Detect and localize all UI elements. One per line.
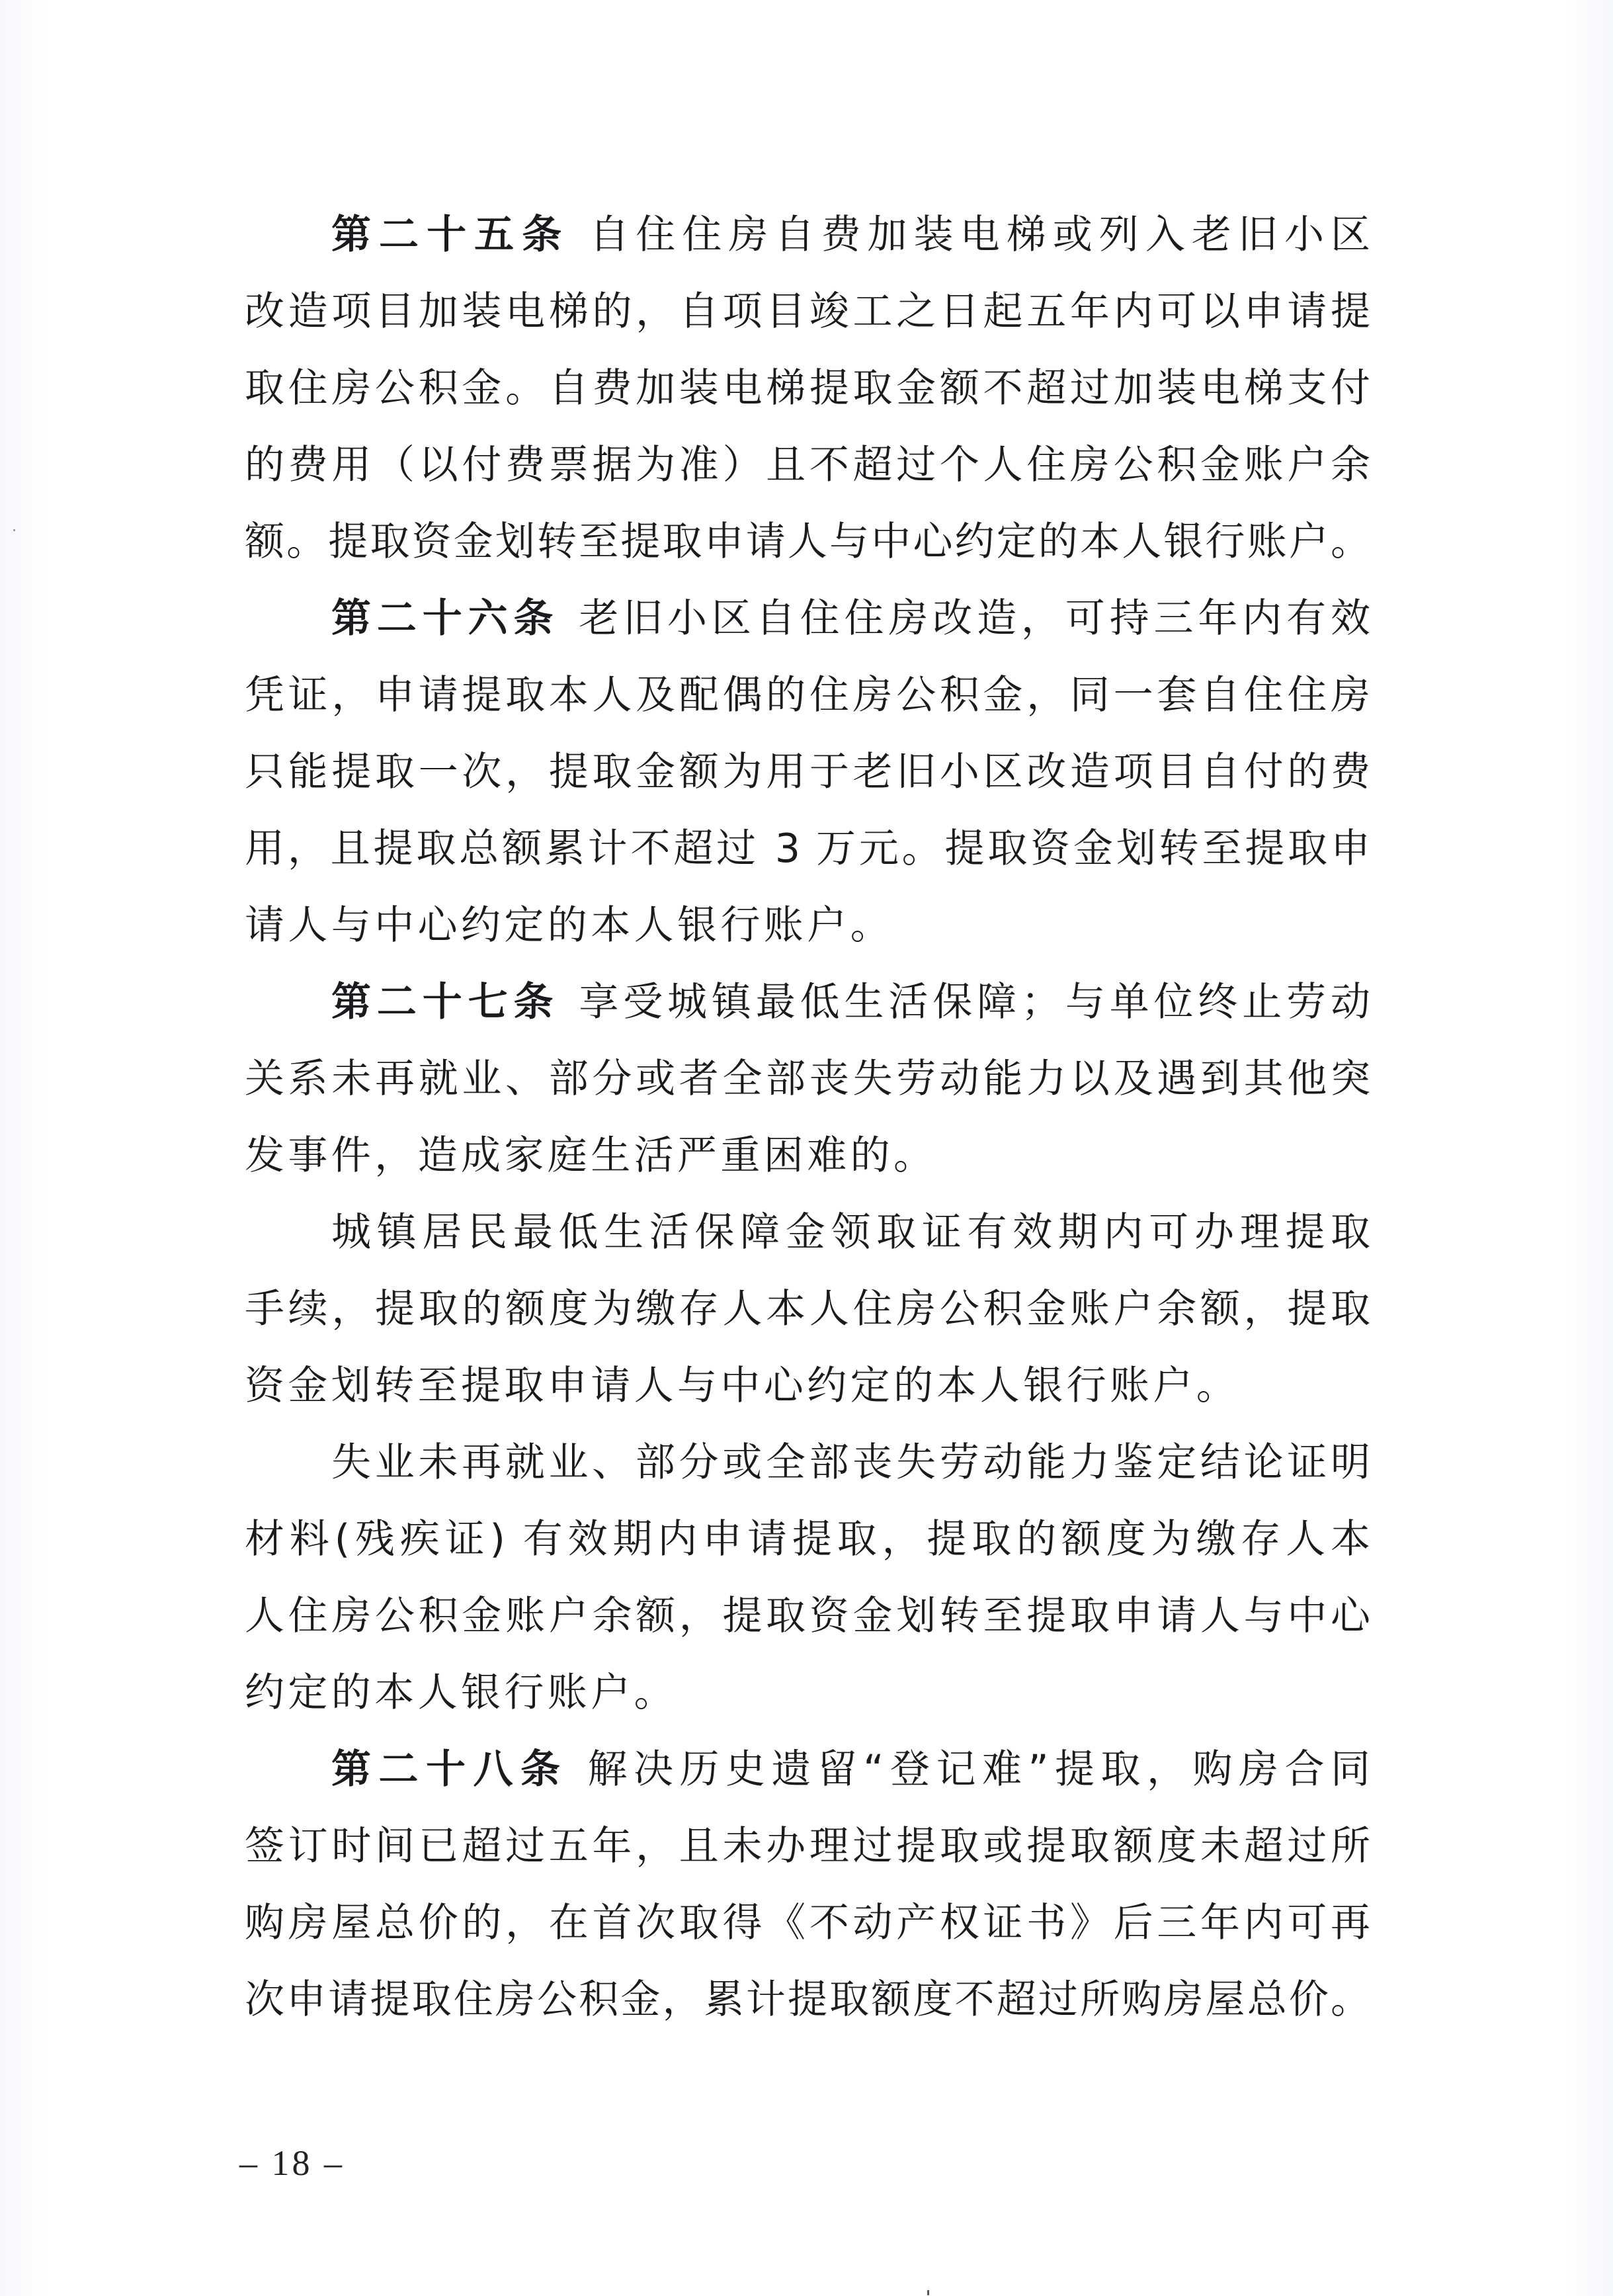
- text-line: 第二十六条老旧小区自住住房改造，可持三年内有效: [245, 580, 1370, 657]
- text-line: 城镇居民最低生活保障金领取证有效期内可办理提取: [245, 1194, 1370, 1271]
- text-line: 购房屋总价的，在首次取得《不动产权证书》后三年内可再: [245, 1885, 1370, 1961]
- paragraph-article-27: 第二十七条享受城镇最低生活保障；与单位终止劳动 关系未再就业、部分或者全部丧失劳…: [245, 964, 1370, 1194]
- document-body: 第二十五条自住住房自费加装电梯或列入老旧小区 改造项目加装电梯的，自项目竣工之日…: [245, 196, 1370, 2038]
- scan-artifact-dot: [13, 529, 15, 531]
- text-line: 只能提取一次，提取金额为用于老旧小区改造项目自付的费: [245, 734, 1370, 810]
- text-line: 人住房公积金账户余额，提取资金划转至提取申请人与中心: [245, 1578, 1370, 1654]
- text-line: 手续，提取的额度为缴存人本人住房公积金账户余额，提取: [245, 1271, 1370, 1347]
- article-number: 第二十八条: [331, 1746, 567, 1793]
- text-line: 改造项目加装电梯的，自项目竣工之日起五年内可以申请提: [245, 273, 1370, 350]
- paragraph-minimum-living-guarantee: 城镇居民最低生活保障金领取证有效期内可办理提取 手续，提取的额度为缴存人本人住房…: [245, 1194, 1370, 1424]
- paragraph-article-28: 第二十八条解决历史遗留“登记难”提取，购房合同 签订时间已超过五年，且未办理过提…: [245, 1731, 1370, 2038]
- page-number: – 18 –: [239, 2142, 345, 2184]
- text-line: 次申请提取住房公积金，累计提取额度不超过所购房屋总价。: [245, 1961, 1370, 2038]
- text-line: 用，且提取总额累计不超过 3 万元。提取资金划转至提取申: [245, 810, 1370, 887]
- line-text: 解决历史遗留“登记难”提取，购房合同: [587, 1746, 1370, 1793]
- text-line: 请人与中心约定的本人银行账户。: [245, 887, 1370, 964]
- text-line: 约定的本人银行账户。: [245, 1654, 1370, 1731]
- text-line: 材料(残疾证) 有效期内申请提取，提取的额度为缴存人本: [245, 1501, 1370, 1578]
- text-line: 签订时间已超过五年，且未办理过提取或提取额度未超过所: [245, 1808, 1370, 1885]
- document-page: 第二十五条自住住房自费加装电梯或列入老旧小区 改造项目加装电梯的，自项目竣工之日…: [0, 0, 1613, 2296]
- line-text: 自住住房自费加装电梯或列入老旧小区: [589, 212, 1370, 258]
- paragraph-article-25: 第二十五条自住住房自费加装电梯或列入老旧小区 改造项目加装电梯的，自项目竣工之日…: [245, 196, 1370, 580]
- text-line: 额。提取资金划转至提取申请人与中心约定的本人银行账户。: [245, 503, 1370, 580]
- article-number: 第二十五条: [331, 212, 569, 258]
- text-line: 第二十八条解决历史遗留“登记难”提取，购房合同: [245, 1731, 1370, 1808]
- text-line: 第二十五条自住住房自费加装电梯或列入老旧小区: [245, 196, 1370, 273]
- text-line: 发事件，造成家庭生活严重困难的。: [245, 1117, 1370, 1194]
- text-line: 第二十七条享受城镇最低生活保障；与单位终止劳动: [245, 964, 1370, 1041]
- text-line: 资金划转至提取申请人与中心约定的本人银行账户。: [245, 1347, 1370, 1424]
- text-line: 的费用（以付费票据为准）且不超过个人住房公积金账户余: [245, 427, 1370, 503]
- scan-artifact-dot: [927, 2290, 929, 2295]
- text-line: 取住房公积金。自费加装电梯提取金额不超过加装电梯支付: [245, 350, 1370, 427]
- article-number: 第二十六条: [331, 595, 559, 642]
- text-line: 关系未再就业、部分或者全部丧失劳动能力以及遇到其他突: [245, 1041, 1370, 1117]
- article-number: 第二十七条: [331, 979, 559, 1025]
- paragraph-article-26: 第二十六条老旧小区自住住房改造，可持三年内有效 凭证，申请提取本人及配偶的住房公…: [245, 580, 1370, 964]
- line-text: 享受城镇最低生活保障；与单位终止劳动: [579, 979, 1370, 1025]
- text-line: 失业未再就业、部分或全部丧失劳动能力鉴定结论证明: [245, 1424, 1370, 1501]
- paragraph-unemployment-disability: 失业未再就业、部分或全部丧失劳动能力鉴定结论证明 材料(残疾证) 有效期内申请提…: [245, 1424, 1370, 1731]
- line-text: 老旧小区自住住房改造，可持三年内有效: [579, 595, 1370, 642]
- text-line: 凭证，申请提取本人及配偶的住房公积金，同一套自住住房: [245, 657, 1370, 734]
